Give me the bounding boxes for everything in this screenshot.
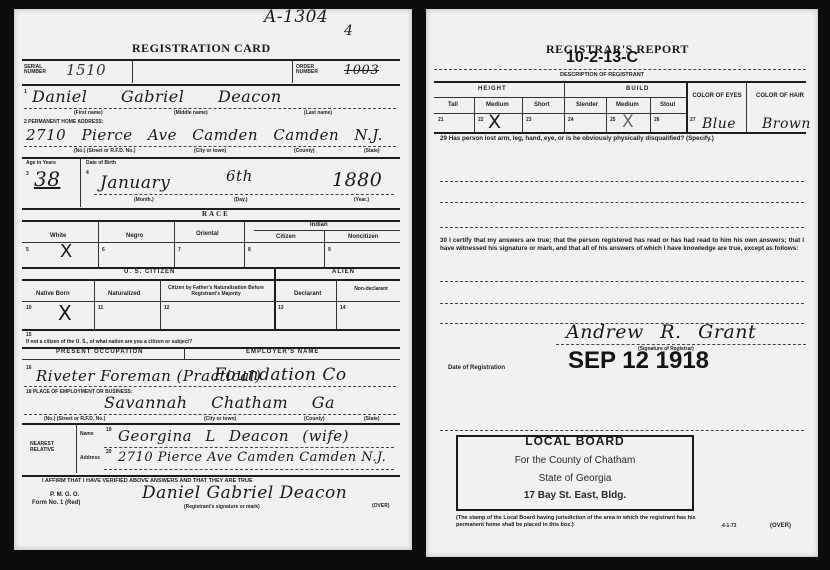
order-number: 1003 (344, 63, 379, 78)
citizen-header: U. S. CITIZEN (124, 269, 175, 275)
alien-column: Declarant (294, 291, 321, 297)
form-code: 4-1-73 (722, 523, 736, 529)
field-number: 22 (478, 117, 484, 123)
dob-month: January (100, 173, 170, 193)
over-label: (OVER) (372, 503, 390, 509)
board-caption: (The stamp of the Local Board having jur… (456, 515, 696, 529)
field-number: 5 (26, 247, 29, 253)
home-address-label: 2 PERMANENT HOME ADDRESS: (24, 119, 104, 125)
employment-sublabel: (No.) (Street or R.F.D. No.) (44, 416, 105, 422)
build-header: BUILD (626, 86, 649, 92)
local-board-address: 17 Bay St. East, Bldg. (458, 490, 692, 501)
field-number: 12 (164, 305, 170, 311)
local-board-state: State of Georgia (458, 473, 692, 484)
employment-sublabel: (State) (364, 416, 380, 422)
height-header: HEIGHT (478, 86, 507, 92)
name-sublabel: (Middle name) (174, 110, 208, 116)
field-number: 4 (86, 170, 89, 176)
form-label-number: Form No. 1 (Red) (32, 500, 80, 506)
field-number: 21 (438, 117, 444, 123)
registrar-signature: Andrew R. Grant (566, 321, 756, 343)
report-code: 10-2-13-C (566, 49, 638, 67)
age-label: Age in Years (26, 160, 56, 166)
field-number: 16 (26, 365, 32, 371)
signature-sublabel: (Registrant's signature or mark) (184, 504, 260, 510)
name-sublabel: (Last name) (304, 110, 332, 116)
dob-sublabel: (Day.) (234, 197, 248, 203)
age-value: 38 (34, 167, 60, 191)
field-15-label: If not a citizen of the U. S., of what n… (26, 339, 192, 345)
relative-address: 2710 Pierce Ave Camden Camden N.J. (118, 450, 386, 465)
relative-name-label: Name (80, 431, 94, 437)
height-column: Medium (486, 102, 509, 108)
field-number: 6 (102, 247, 105, 253)
field-number: 13 (278, 305, 284, 311)
field-number: 11 (98, 305, 103, 311)
registrant-name: Daniel Gabriel Deacon (32, 87, 282, 106)
field-number: 27 (690, 117, 696, 123)
address-sublabel: (City or town) (194, 148, 226, 154)
employer-value: Foundation Co (214, 365, 347, 385)
build-column: Medium (616, 102, 639, 108)
height-column: Short (534, 102, 550, 108)
report-subtitle: DESCRIPTION OF REGISTRANT (560, 72, 644, 78)
annotation-mark: 4 (344, 23, 353, 39)
order-number-label: ORDER NUMBER (296, 65, 322, 75)
address-sublabel: (County) (294, 148, 315, 154)
question-30: 30 I certify that my answers are true; t… (440, 237, 804, 252)
address-sublabel: (State) (364, 148, 380, 154)
local-board-title: LOCAL BOARD (458, 434, 692, 448)
citizen-column: Native Born (36, 291, 70, 297)
height-medium-mark: X (488, 111, 501, 133)
field-number: 24 (568, 117, 574, 123)
race-column: Noncitizen (348, 234, 378, 240)
native-born-mark: X (58, 301, 72, 325)
color-eyes-header: COLOR OF EYES (692, 93, 742, 100)
dob-sublabel: (Year.) (354, 197, 369, 203)
local-board-stamp: LOCAL BOARD For the County of Chatham St… (456, 435, 694, 511)
occupation-header: PRESENT OCCUPATION (56, 349, 143, 355)
name-sublabel: (First name) (74, 110, 103, 116)
race-indian-header: Indian (310, 222, 328, 228)
question-29: 29 Has person lost arm, leg, hand, eye, … (440, 135, 804, 143)
hair-color: Brown (762, 116, 811, 132)
date-stamp: SEP 12 1918 (568, 347, 709, 375)
date-label: Date of Registration (448, 365, 505, 371)
field-number: 1 (24, 89, 27, 95)
over-label: (OVER) (770, 523, 791, 529)
employment-place: Savannah Chatham Ga (104, 393, 335, 412)
relative-address-label: Address (80, 455, 100, 461)
race-column: White (50, 233, 66, 239)
build-column: Slender (576, 102, 598, 108)
registrant-signature: Daniel Gabriel Deacon (142, 483, 347, 503)
annotation-top: A-1304 (264, 7, 328, 27)
race-header: RACE (202, 210, 230, 218)
serial-number-label: SERIAL NUMBER (24, 65, 48, 75)
registration-card: A-1304 4 REGISTRATION CARD SERIAL NUMBER… (14, 9, 412, 550)
alien-header: ALIEN (332, 269, 355, 275)
employment-sublabel: (City or town) (204, 416, 236, 422)
local-board-county: For the County of Chatham (458, 455, 692, 466)
dob-sublabel: (Month.) (134, 197, 154, 203)
build-column: Stout (660, 102, 675, 108)
employer-header: EMPLOYER'S NAME (246, 349, 319, 355)
field-number: 23 (526, 117, 532, 123)
dob-day: 6th (226, 167, 253, 185)
field-number: 3 (26, 171, 29, 177)
serial-number: 1510 (66, 61, 106, 79)
home-address: 2710 Pierce Ave Camden Camden N.J. (26, 126, 383, 144)
height-column: Tall (448, 102, 458, 108)
field-number: 15 (26, 332, 32, 338)
race-column: Negro (126, 233, 143, 239)
dob-label: Date of Birth (86, 160, 116, 166)
form-label-pmgo: P. M. G. O. (50, 492, 79, 498)
employment-sublabel: (County) (304, 416, 325, 422)
citizen-column: Citizen by Father's Naturalization Befor… (164, 285, 268, 297)
field-number: 14 (340, 305, 346, 311)
citizen-column: Naturalized (108, 291, 140, 297)
address-sublabel: (No.) (Street or R.F.D. No.) (74, 148, 135, 154)
eye-color: Blue (702, 116, 736, 132)
race-white-mark: X (60, 241, 72, 262)
card-title: REGISTRATION CARD (132, 41, 271, 56)
field-number: 26 (654, 117, 660, 123)
field-number: 9 (328, 247, 331, 253)
dob-year: 1880 (332, 169, 382, 191)
relative-name: Georgina L Deacon (wife) (118, 427, 349, 445)
color-hair-header: COLOR OF HAIR (754, 93, 806, 100)
field-number: 8 (248, 247, 251, 253)
race-column: Oriental (196, 231, 219, 237)
field-number: 7 (178, 247, 181, 253)
field-number: 20 (106, 449, 112, 455)
field-number: 10 (26, 305, 32, 311)
alien-column: Non-declarant (354, 286, 388, 292)
field-number: 19 (106, 427, 112, 433)
race-column: Citizen (276, 234, 296, 240)
nearest-relative-label: NEAREST RELATIVE (30, 441, 70, 453)
registrars-report-card: REGISTRAR'S REPORT 10-2-13-C DESCRIPTION… (426, 9, 818, 557)
field-number: 25 (610, 117, 616, 123)
build-medium-mark: X (622, 112, 634, 132)
